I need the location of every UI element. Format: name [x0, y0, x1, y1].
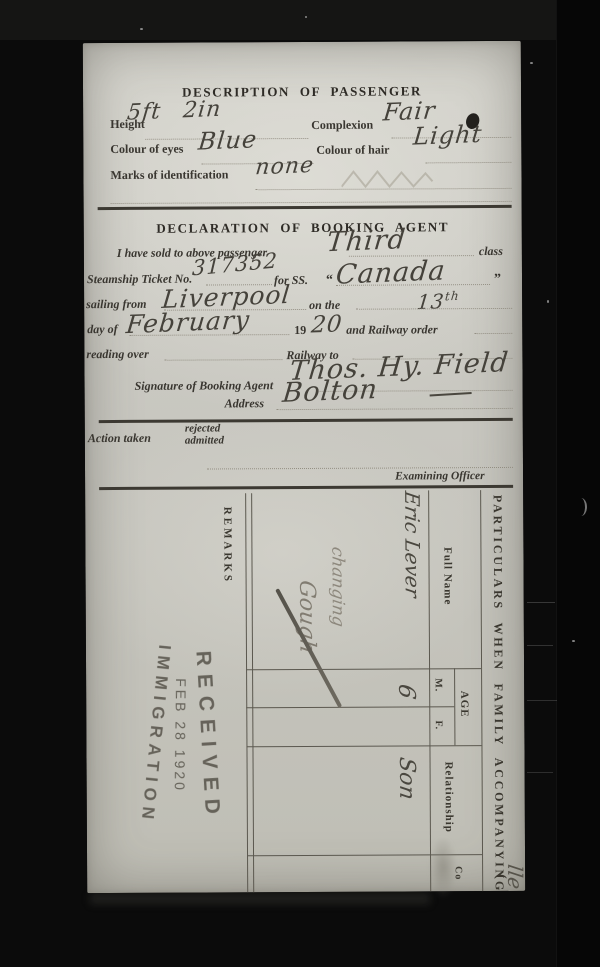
open-quote: “ — [326, 273, 333, 289]
dust-speck — [572, 640, 575, 642]
dotted-line — [256, 188, 512, 190]
faint-annotation: changing — [327, 546, 347, 628]
height-value: 5ft 2in — [126, 97, 223, 126]
under-paper-shadow — [90, 893, 430, 904]
description-title: DESCRIPTION OF PASSENGER — [83, 83, 521, 101]
address-value: Bolton — [281, 374, 379, 409]
age-male-header: M. — [433, 678, 444, 692]
particulars-banner: PARTICULARS WHEN FAMILY ACCOMPANYING — [490, 495, 507, 893]
stamp-date-text: FEB 28 1920 — [171, 628, 190, 844]
year-value: 20 — [310, 311, 344, 338]
marks-label: Marks of identification — [110, 167, 228, 183]
remarks-header: REMARKS — [221, 507, 233, 584]
table-line — [245, 493, 248, 892]
bleed-dash — [527, 772, 553, 773]
dotted-line — [164, 359, 282, 361]
table-line — [251, 493, 254, 892]
class-label: class — [479, 244, 503, 259]
row-relationship-value: Son — [394, 756, 419, 802]
dust-speck — [547, 300, 549, 303]
table-line — [246, 668, 481, 670]
film-scratch — [575, 498, 587, 516]
smudge — [429, 836, 457, 898]
class-value: Third — [325, 224, 407, 258]
row-full-name-value: Eric Lever — [400, 490, 425, 599]
table-line — [246, 706, 454, 708]
eyes-value: Blue — [197, 125, 259, 156]
dotted-line — [474, 333, 512, 334]
marks-value: none — [254, 153, 315, 180]
date-suffix: th — [444, 289, 460, 304]
stamp-immigration-text: IMMIGRATION — [135, 626, 176, 843]
dust-speck — [530, 62, 533, 64]
dotted-line — [111, 201, 512, 204]
eyes-label: Colour of eyes — [110, 142, 183, 157]
declaration-title: DECLARATION OF BOOKING AGENT — [84, 219, 522, 237]
immigration-form: DESCRIPTION OF PASSENGER Height 5ft 2in … — [83, 41, 525, 893]
section-rule — [98, 205, 512, 210]
pen-zigzag-mark — [341, 167, 433, 189]
dayof-label: day of — [87, 322, 117, 337]
row-age-value: 6 — [393, 682, 419, 700]
scan-right-strip — [556, 0, 600, 967]
table-line — [454, 668, 455, 745]
hair-label: Colour of hair — [316, 143, 389, 158]
signature-label: Signature of Booking Agent — [135, 378, 274, 394]
rejected-label: rejected — [185, 422, 220, 434]
examining-officer-label: Examining Officer — [395, 470, 485, 482]
dotted-line — [425, 162, 511, 163]
age-header: AGE — [458, 691, 470, 718]
received-immigration-stamp: RECEIVED FEB 28 1920 IMMIGRATION — [84, 625, 222, 845]
dust-speck — [140, 28, 143, 30]
age-female-header: F. — [433, 720, 444, 730]
year-printed: 19 — [294, 323, 306, 338]
table-line — [428, 490, 431, 891]
bleed-dash — [527, 645, 553, 646]
close-quote: ” — [494, 272, 501, 288]
bleed-dash — [527, 700, 557, 701]
stamp-received-text: RECEIVED — [189, 628, 225, 845]
relationship-header: Relationship — [443, 762, 455, 833]
bleed-dash — [527, 602, 555, 603]
table-line — [480, 490, 483, 891]
admitted-label: admitted — [185, 434, 224, 446]
dotted-line — [207, 467, 513, 470]
full-name-header: Full Name — [441, 547, 453, 605]
reading-label: reading over — [86, 347, 148, 362]
pen-dash — [430, 392, 472, 396]
complexion-label: Complexion — [311, 118, 373, 133]
table-line — [246, 745, 481, 747]
sail-date-value: 13th — [416, 288, 460, 314]
address-label: Address — [225, 396, 264, 411]
dotted-line — [277, 408, 513, 410]
section-rule — [99, 485, 513, 490]
edge-scribble: lle — [503, 863, 527, 891]
scanned-photograph: DESCRIPTION OF PASSENGER Height 5ft 2in … — [0, 0, 600, 967]
dust-speck — [305, 16, 307, 18]
scan-top-band — [0, 0, 600, 40]
hair-value: Light — [412, 120, 484, 151]
section-rule — [99, 418, 513, 423]
railway-order-label: and Railway order — [346, 322, 437, 337]
action-taken-label: Action taken — [88, 431, 151, 446]
